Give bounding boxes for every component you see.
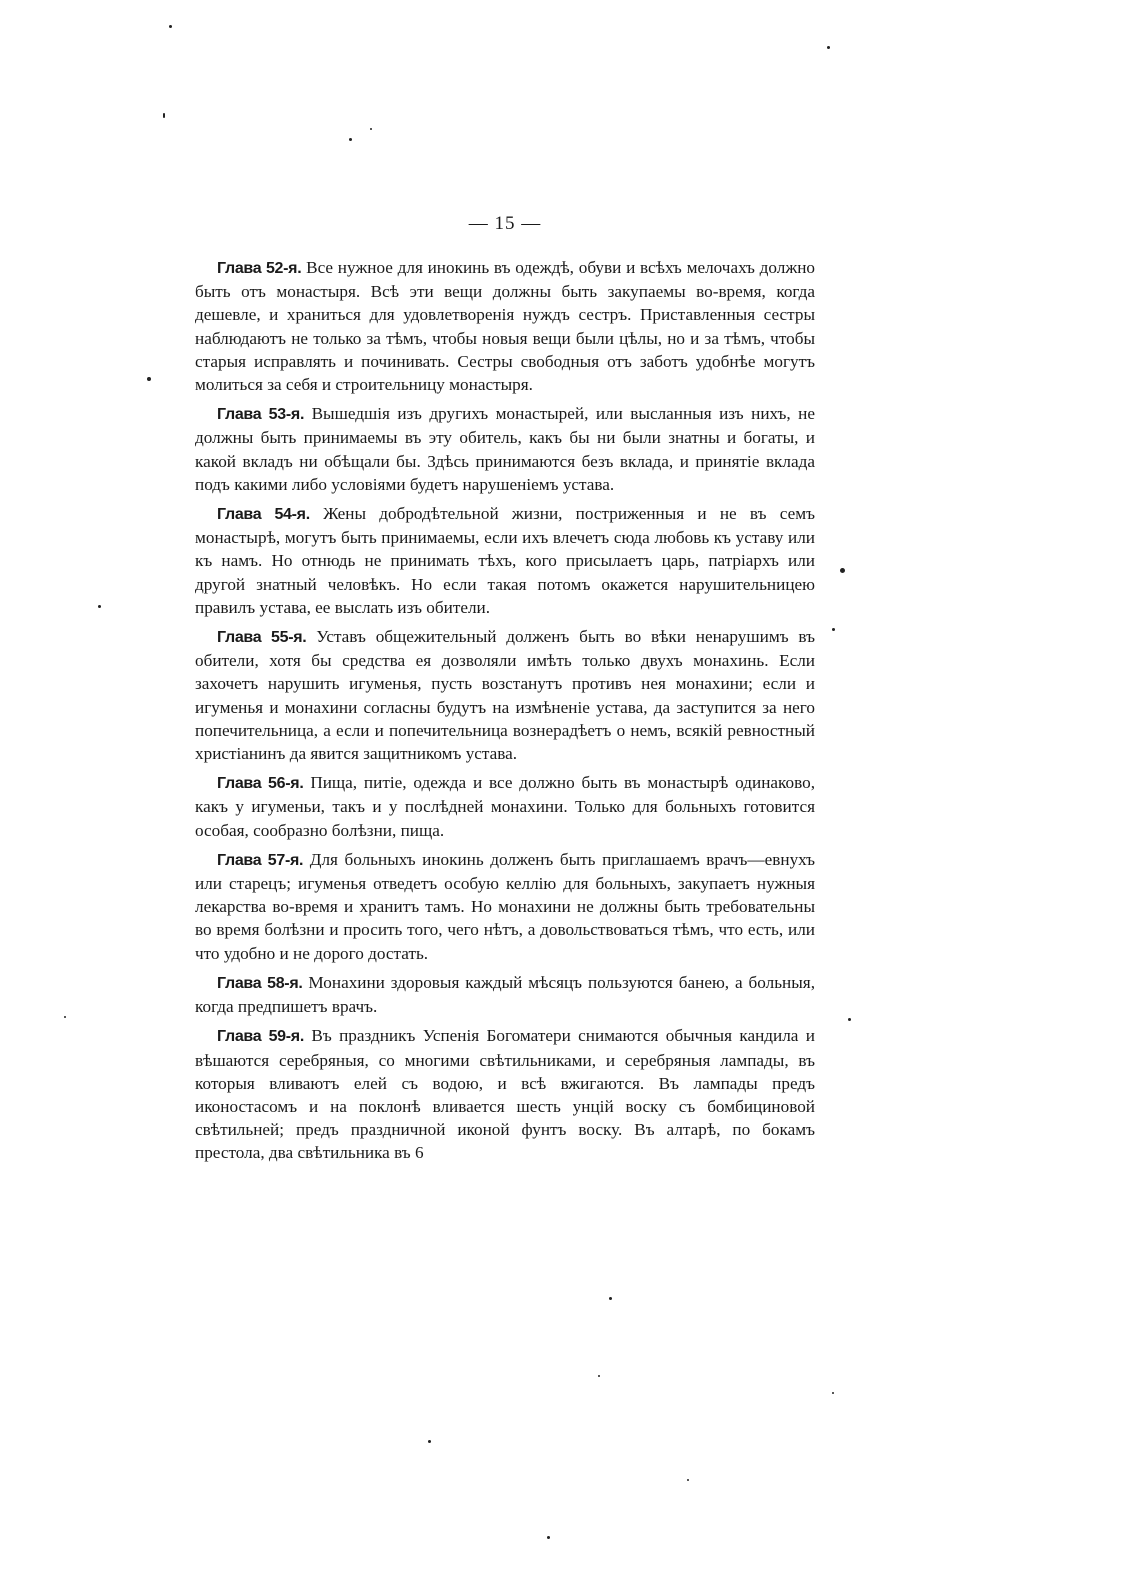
scan-speck bbox=[547, 1536, 550, 1539]
chapter-heading: Глава 52-я. bbox=[217, 260, 301, 277]
chapter-heading: Глава 53-я. bbox=[217, 406, 304, 423]
scan-speck bbox=[827, 46, 830, 49]
chapter-52: Глава 52-я. Все нужное для инокинь въ од… bbox=[195, 256, 815, 396]
scan-speck bbox=[64, 1016, 66, 1018]
chapter-heading: Глава 59-я. bbox=[217, 1028, 304, 1045]
scan-speck bbox=[163, 113, 165, 118]
chapter-text: Все нужное для инокинь въ одеждѣ, обуви … bbox=[195, 258, 815, 394]
scan-speck bbox=[687, 1479, 689, 1481]
chapter-55: Глава 55-я. Уставъ общежительный долженъ… bbox=[195, 625, 815, 765]
chapter-heading: Глава 55-я. bbox=[217, 629, 306, 646]
chapter-heading: Глава 58-я. bbox=[217, 975, 303, 992]
scan-speck bbox=[428, 1440, 431, 1443]
chapter-heading: Глава 54-я. bbox=[217, 506, 310, 523]
chapter-text: Уставъ общежительный долженъ быть во вѣк… bbox=[195, 627, 815, 763]
scan-speck bbox=[370, 128, 372, 130]
scan-speck bbox=[832, 628, 835, 631]
scan-speck bbox=[98, 605, 101, 608]
scan-speck bbox=[840, 568, 845, 573]
scan-speck bbox=[169, 25, 172, 28]
chapter-54: Глава 54-я. Жены добродѣтельной жизни, п… bbox=[195, 502, 815, 619]
scan-speck bbox=[848, 1018, 851, 1021]
text-block: Глава 52-я. Все нужное для инокинь въ од… bbox=[195, 256, 815, 1171]
chapter-text: Въ праздникъ Успенія Богоматери снимаютс… bbox=[195, 1026, 815, 1162]
chapter-53: Глава 53-я. Вышедшія изъ другихъ монасты… bbox=[195, 402, 815, 496]
scan-speck bbox=[609, 1297, 612, 1300]
chapter-57: Глава 57-я. Для больныхъ инокинь долженъ… bbox=[195, 848, 815, 965]
page-number: — 15 — bbox=[0, 213, 1010, 235]
chapter-heading: Глава 56-я. bbox=[217, 775, 303, 792]
scan-speck bbox=[832, 1392, 834, 1394]
scan-speck bbox=[349, 138, 352, 141]
scan-speck bbox=[147, 377, 151, 381]
chapter-58: Глава 58-я. Монахини здоровыя каждый мѣс… bbox=[195, 971, 815, 1018]
scan-speck bbox=[598, 1375, 600, 1377]
chapter-heading: Глава 57-я. bbox=[217, 852, 303, 869]
chapter-56: Глава 56-я. Пища, питіе, одежда и все до… bbox=[195, 771, 815, 842]
chapter-59: Глава 59-я. Въ праздникъ Успенія Богомат… bbox=[195, 1024, 815, 1164]
